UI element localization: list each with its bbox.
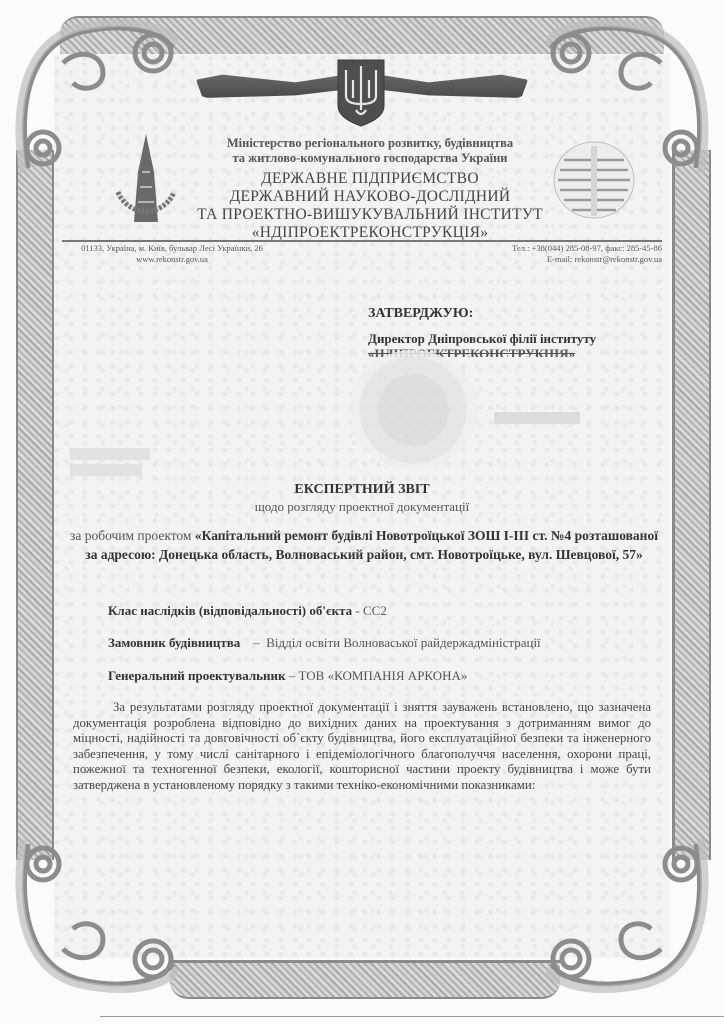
field-value: СС2 [363, 603, 387, 618]
enterprise-name: ДЕРЖАВНЕ ПІДПРИЄМСТВО ДЕРЖАВНИЙ НАУКОВО-… [180, 170, 560, 242]
ministry-line-1: Міністерство регіонального розвитку, буд… [180, 136, 560, 151]
field-label: Замовник будівництва [108, 635, 240, 650]
enterprise-line-2: ДЕРЖАВНИЙ НАУКОВО-ДОСЛІДНИЙ [180, 188, 560, 206]
frame-right-border [672, 150, 711, 860]
ornament-corner-icon [546, 834, 716, 1004]
trident-coat-of-arms-icon [336, 58, 386, 128]
redacted-text [70, 448, 150, 460]
page-bottom-edge [100, 1016, 724, 1017]
report-title: ЕКСПЕРТНИЙ ЗВІТ [60, 482, 664, 498]
customer-field: Замовник будівництва – Відділ освіти Вол… [108, 635, 668, 651]
field-separator: - [352, 603, 363, 618]
contact-block: Тел.: +38(044) 285-08-97, факс: 285-45-8… [440, 243, 662, 265]
consequence-class-field: Клас наслідків (відповідальності) об'єкт… [108, 603, 668, 619]
institute-tower-logo-icon [110, 132, 182, 232]
postal-address: 01133, Україна, м. Київ, бульвар Лесі Ук… [62, 243, 282, 254]
phone-fax: Тел.: +38(044) 285-08-97, факс: 285-45-8… [440, 243, 662, 254]
ministry-line-2: та житлово-комунального господарства Укр… [180, 151, 560, 166]
enterprise-line-1: ДЕРЖАВНЕ ПІДПРИЄМСТВО [180, 170, 560, 188]
document-page: Міністерство регіонального розвитку, буд… [0, 0, 724, 1024]
field-label: Клас наслідків (відповідальності) об'єкт… [108, 603, 352, 618]
general-designer-field: Генеральний проектувальник – ТОВ «КОМПАН… [108, 668, 668, 684]
approver-position: Директор Дніпровської філії інституту [368, 331, 658, 347]
field-value: ТОВ «КОМПАНІЯ АРКОНА» [299, 668, 468, 683]
website-link[interactable]: www.rekonstr.gov.ua [62, 254, 282, 265]
field-value: Відділ освіти Волноваської райдержадміні… [266, 635, 540, 650]
email-link[interactable]: E-mail: rekonstr@rekonstr.gov.ua [440, 254, 662, 265]
field-separator: – [240, 635, 266, 650]
enterprise-line-3: ТА ПРОЕКТНО-ВИШУКУВАЛЬНИЙ ІНСТИТУТ [180, 206, 560, 224]
frame-bottom-border [170, 960, 560, 999]
field-label: Генеральний проектувальник [108, 668, 286, 683]
field-separator: – [286, 668, 299, 683]
header-divider [62, 240, 662, 242]
redacted-text [70, 464, 142, 476]
ministry-name: Міністерство регіонального розвитку, буд… [180, 136, 560, 166]
conclusion-paragraph: За результатами розгляду проектної докум… [73, 700, 651, 794]
official-seal-icon [348, 350, 478, 470]
round-stamp-icon [550, 138, 638, 222]
project-lead: за робочим проектом [70, 528, 195, 543]
report-subtitle: щодо розгляду проектної документації [60, 499, 664, 515]
redacted-signature [494, 412, 580, 424]
frame-left-border [16, 150, 55, 860]
address-block: 01133, Україна, м. Київ, бульвар Лесі Ук… [62, 243, 282, 265]
approval-title: ЗАТВЕРДЖУЮ: [368, 305, 658, 323]
ornament-corner-icon [8, 834, 178, 1004]
project-description: за робочим проектом «Капітальний ремонт … [66, 526, 662, 564]
